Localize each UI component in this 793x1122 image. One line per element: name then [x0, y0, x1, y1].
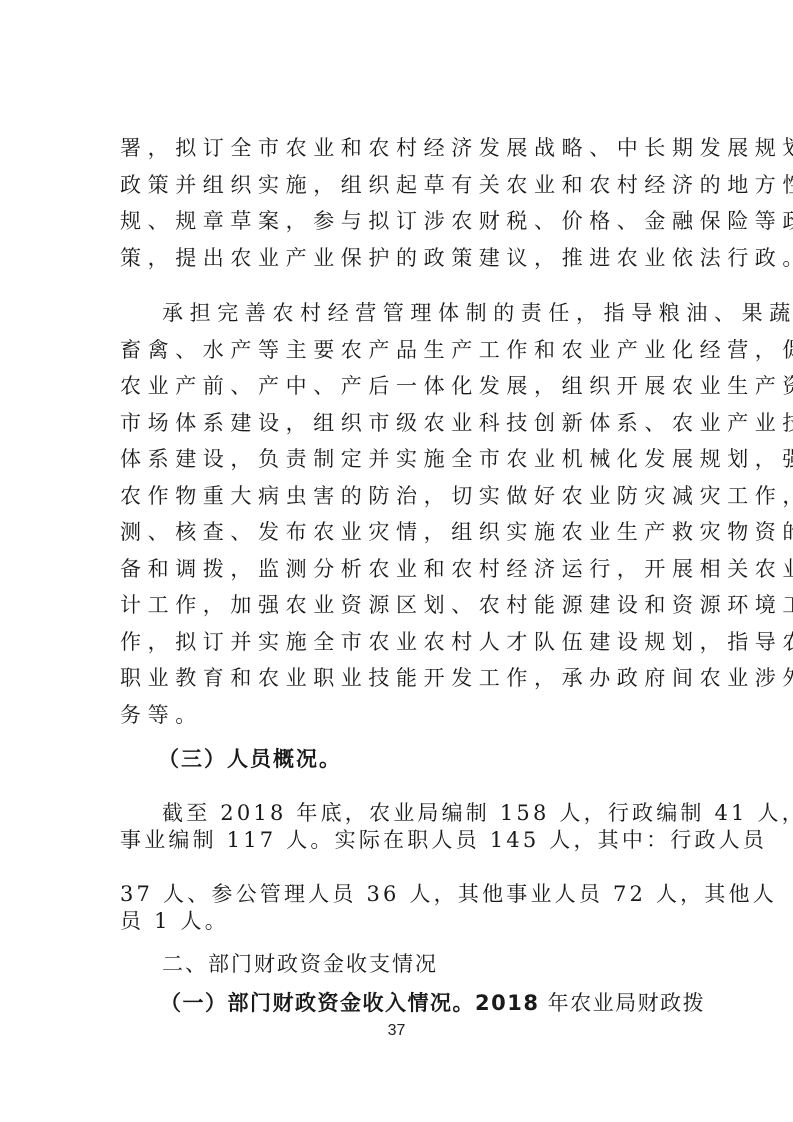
- subsection-1-bold-title: （一）部门财政资金收入情况。2018: [160, 991, 539, 1015]
- paragraph-2-line-10: 作，拟订并实施全市农业农村人才队伍建设规划，指导农业: [120, 628, 685, 656]
- subsection-1-heading: （一）部门财政资金收入情况。2018 年农业局财政拨: [160, 989, 725, 1017]
- staff-paragraph-line-3: 37 人、参公管理人员 36 人，其他事业人员 72 人，其他人: [120, 880, 685, 908]
- section-2-heading: 二、部门财政资金收支情况: [162, 950, 685, 978]
- paragraph-2-line-9: 计工作，加强农业资源区划、农村能源建设和资源环境工: [120, 591, 685, 619]
- paragraph-1-line-3: 规、规章草案，参与拟订涉农财税、价格、金融保险等政: [120, 207, 685, 235]
- staff-paragraph-line-1: 截至 2018 年底，农业局编制 158 人，行政编制 41 人，: [162, 799, 685, 827]
- subsection-1-text: 年农业局财政拨: [539, 991, 705, 1015]
- section-3-heading: （三）人员概况。: [158, 745, 681, 773]
- paragraph-1-line-4: 策，提出农业产业保护的政策建议，推进农业依法行政。: [120, 244, 685, 272]
- paragraph-2-line-6: 农作物重大病虫害的防治，切实做好农业防灾减灾工作，监: [120, 482, 685, 510]
- paragraph-2-line-3: 农业产前、产中、产后一体化发展，组织开展农业生产资料: [120, 372, 685, 400]
- paragraph-1-line-1: 署，拟订全市农业和农村经济发展战略、中长期发展规划、: [120, 134, 685, 162]
- paragraph-2-line-8: 备和调拨，监测分析农业和农村经济运行，开展相关农业统: [120, 555, 685, 583]
- page-number: 37: [0, 1022, 793, 1040]
- staff-paragraph-line-2: 事业编制 117 人。实际在职人员 145 人，其中：行政人员: [120, 826, 685, 854]
- staff-paragraph-line-4: 员 1 人。: [120, 907, 685, 935]
- paragraph-2-line-4: 市场体系建设，组织市级农业科技创新体系、农业产业技术: [120, 409, 685, 437]
- paragraph-2-line-2: 畜禽、水产等主要农产品生产工作和农业产业化经营，促进: [120, 336, 685, 364]
- document-page: 署，拟订全市农业和农村经济发展战略、中长期发展规划、 政策并组织实施，组织起草有…: [0, 0, 793, 1122]
- paragraph-2-line-12: 务等。: [120, 701, 685, 729]
- paragraph-2-line-5: 体系建设，负责制定并实施全市农业机械化发展规划，强化: [120, 445, 685, 473]
- paragraph-2-line-1: 承担完善农村经营管理体制的责任，指导粮油、果蔬、: [162, 299, 685, 327]
- paragraph-1-line-2: 政策并组织实施，组织起草有关农业和农村经济的地方性法: [120, 171, 685, 199]
- paragraph-2-line-11: 职业教育和农业职业技能开发工作，承办政府间农业涉外事: [120, 664, 685, 692]
- paragraph-2-line-7: 测、核查、发布农业灾情，组织实施农业生产救灾物资的储: [120, 518, 685, 546]
